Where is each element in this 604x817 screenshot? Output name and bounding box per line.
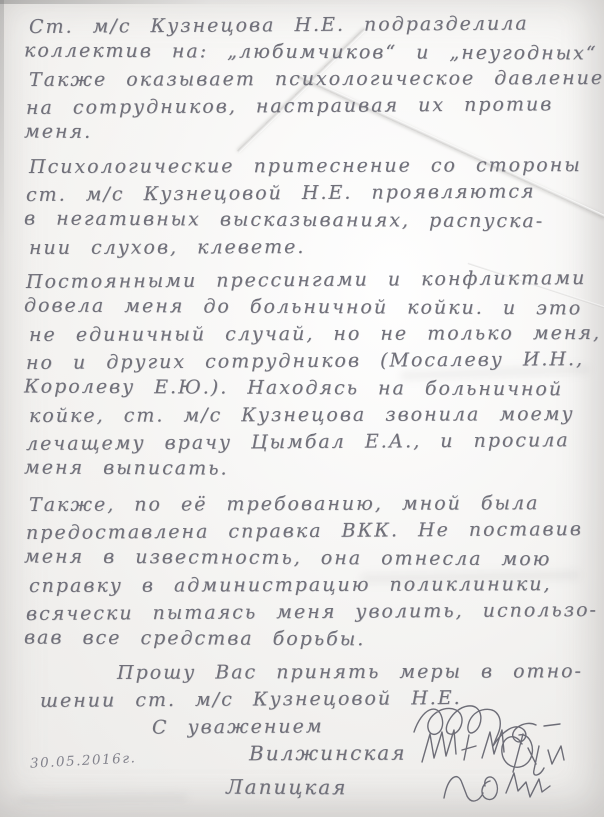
handwritten-line: Ст. м/с Кузнецова Н.Е. подразделила [29,10,596,41]
signature-autograph [418,722,570,784]
handwritten-line: Королеву Е.Ю.). Находясь на больничной [24,374,594,404]
ink-showthrough [18,794,188,805]
handwritten-line: на сотрудников, настраивая их против [26,91,596,122]
handwritten-line: предоставлена справка ВКК. Не поставив [26,516,596,547]
handwritten-line: Также оказывает психологическое давление [29,65,599,94]
scanned-handwritten-letter: Ст. м/с Кузнецова Н.Е. подразделила колл… [0,0,604,817]
handwritten-line: не единичный случай, но не только меня, [29,320,599,349]
handwritten-line: лечащему врачу Цымбал Е.А., и просила [26,427,596,458]
handwritten-line: койке, ст. м/с Кузнецова звонила моему [29,401,599,430]
scan-edge-shadow [0,0,604,4]
handwritten-line: Также, по её требованию, мной была [29,490,599,519]
signature-autograph [438,762,560,808]
handwritten-line: справку в администрацию поликлиники, [29,571,599,600]
handwritten-line: нии слухов, клевете. [29,233,599,262]
handwritten-line: шении ст. м/с Кузнецовой Н.Е. [40,684,596,715]
handwritten-line: Прошу Вас принять меры в отно- [117,658,599,687]
handwritten-line: Психологические притеснение со стороны [29,152,599,181]
handwritten-line: довела меня до больничной койки. и это [24,293,594,323]
signature-name: Лапицкая [226,774,348,802]
letter-body: Ст. м/с Кузнецова Н.Е. подразделила колл… [24,12,594,713]
handwritten-line: всячески пытаясь меня уволить, использо- [26,597,596,628]
handwritten-line: коллектив на: „любимчиков“ и „неугодных“ [24,38,594,68]
handwritten-line: ст. м/с Кузнецовой Н.Е. проявляются [26,178,596,209]
handwritten-line: вав все средства борьбы. [24,625,594,655]
letter-date: 30.05.2016г. [30,750,137,772]
handwritten-line: но и других сотрудников (Мосалеву И.Н., [26,346,596,377]
handwritten-line: в негативных высказываниях, распуска- [24,206,594,236]
handwritten-line: Постоянными прессингами и конфликтами [26,265,596,296]
handwritten-line: меня выписать. [24,455,594,485]
closing-salutation: С уважением [152,713,324,741]
handwritten-line: меня в известность, она отнесла мою [24,544,594,574]
handwritten-line: меня. [24,119,594,149]
signature-name: Вилжинская [249,740,407,768]
scan-edge-shadow [0,0,4,817]
